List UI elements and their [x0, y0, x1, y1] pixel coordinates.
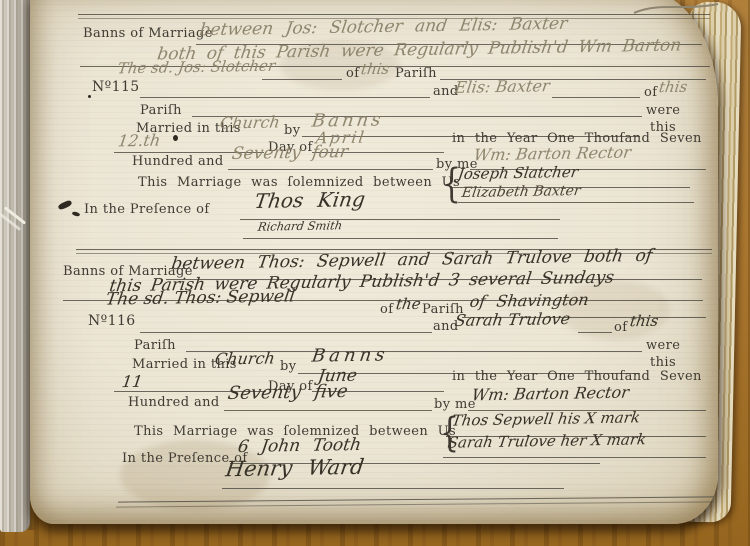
of-label: of — [644, 86, 657, 99]
ruled-line — [578, 332, 612, 333]
ruled-line — [224, 410, 432, 411]
entry-number-2: Nº116 — [88, 314, 136, 328]
of-label: of — [346, 67, 359, 80]
method-fill-2: Banns — [311, 346, 390, 365]
parish-fill-2: this — [658, 80, 688, 95]
entry-number-1: Nº115 — [92, 80, 140, 94]
venue-fill-2: Church — [214, 350, 276, 367]
groom-name-2: The sd. Thos: Sepwell — [105, 288, 297, 308]
ruled-line — [262, 79, 342, 80]
parish-fill-4: this — [629, 314, 659, 329]
witness1-signature-2: 6 John Tooth — [237, 437, 363, 456]
groom-name-1: The sd. Jos: Slotcher — [117, 59, 276, 77]
banns-label-1: Banns of Marriage — [83, 27, 213, 40]
party1-signature-2: Thos Sepwell his X mark — [451, 410, 641, 428]
party1-signature-1: Joseph Slatcher — [457, 165, 579, 182]
photograph-of-marriage-register-page: Banns of Marriage between Jos: Slotcher … — [0, 0, 750, 546]
by-label: by — [284, 124, 300, 137]
were-label: were — [646, 339, 680, 352]
ruled-line — [243, 238, 558, 239]
by-label: by — [280, 360, 296, 373]
officiant-signature-2: Wm: Barton Rector — [471, 385, 630, 404]
hundred-and-label: Hundred and — [132, 155, 224, 168]
party2-signature-2: Sarah Trulove her X mark — [447, 432, 648, 450]
decade-fill-1: Seventy four — [231, 144, 349, 163]
ruled-line — [78, 14, 710, 15]
were-label: were — [646, 104, 680, 117]
hundred-and-label: Hundred and — [128, 396, 220, 409]
witness1-signature-1: Thos King — [253, 189, 366, 211]
decade-fill-2: Seventy five — [227, 383, 349, 403]
of-label: of — [614, 321, 627, 334]
solemnized-label: This Marriage was ſolemnized between Us — [138, 176, 460, 189]
of-label: of — [380, 303, 393, 316]
party2-signature-1: Elizabeth Baxter — [461, 184, 582, 200]
ruled-line — [140, 97, 430, 98]
ruled-line — [140, 332, 432, 333]
parish-label: Pariſh — [395, 67, 437, 80]
parish-fill-3: the — [395, 297, 422, 312]
this-label: this — [650, 356, 676, 369]
ruled-line — [443, 457, 706, 458]
venue-fill-1: Church — [219, 114, 281, 131]
ruled-line — [228, 169, 433, 170]
parish-place-fill-2: of Shavington — [469, 292, 590, 310]
presence-label-1: In the Preſence of — [84, 203, 210, 216]
witness2-signature-2: Henry Ward — [224, 457, 365, 480]
bride-name-2: Sarah Trulove — [454, 311, 572, 329]
officiant-signature-1: Wm: Barton Rector — [473, 145, 632, 164]
ruled-line — [552, 97, 640, 98]
parish-label: Pariſh — [134, 339, 176, 352]
day-fill-2: 11 — [121, 374, 144, 390]
bride-name-1: Elis: Baxter — [454, 78, 551, 96]
day-fill-1: 12.th — [117, 133, 162, 150]
parish-fill-1: this — [360, 62, 390, 77]
ink-speck — [173, 135, 178, 141]
cutoff-signature-flourish — [632, 0, 720, 16]
witness2-signature-1: Richard Smith — [257, 220, 343, 233]
parish-label: Pariſh — [140, 104, 182, 117]
year-label: in the Year One Thouſand Seven — [452, 370, 702, 383]
ruled-line — [458, 202, 694, 203]
ruled-line — [222, 488, 564, 489]
ink-speck — [88, 95, 91, 98]
